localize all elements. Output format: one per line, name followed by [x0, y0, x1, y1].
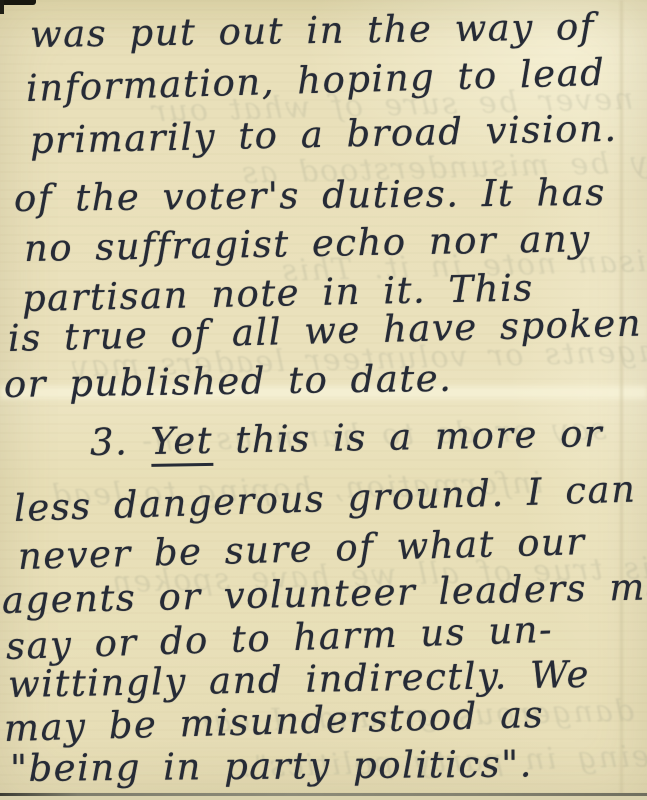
underlined-word: Yet: [150, 419, 213, 467]
handwriting-line: less dangerous ground. I can: [13, 470, 637, 528]
scan-bottom-strip: [0, 796, 647, 800]
handwriting-line: no suffragist echo nor any: [24, 220, 591, 269]
handwriting-line: was put out in the way of: [30, 8, 596, 55]
handwriting-line: "being in party politics".: [10, 745, 533, 788]
letter-page: never be sure of what our may be misunde…: [0, 0, 647, 800]
scan-corner-mark: [0, 0, 4, 14]
handwriting-line: of the voter's duties. It has: [14, 174, 606, 219]
point-number: 3.: [90, 420, 151, 464]
handwriting-line-numbered-point: 3. Yet this is a more or: [90, 415, 604, 463]
scan-corner-mark: [0, 0, 36, 5]
handwriting-line: primarily to a broad vision.: [30, 110, 618, 161]
handwriting-layer: was put out in the way of information, h…: [0, 0, 647, 800]
handwriting-line: information, hoping to lead: [25, 54, 605, 109]
handwriting-line: or published to date.: [4, 360, 453, 405]
handwriting-line-rest: this is a more or: [213, 412, 604, 462]
